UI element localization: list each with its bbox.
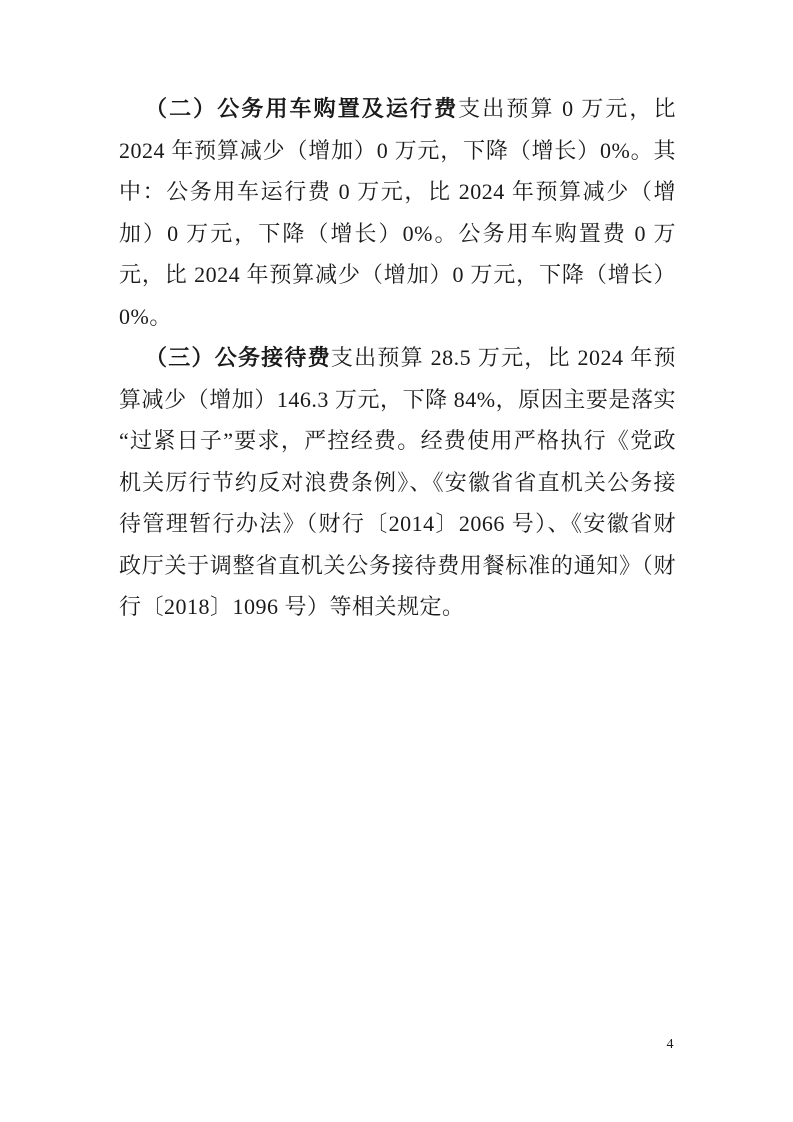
page-number: 4 — [660, 1035, 680, 1055]
paragraph-body: 支出预算 28.5 万元，比 2024 年预算减少（增加）146.3 万元，下降… — [119, 345, 676, 619]
page-content: （二）公务用车购置及运行费支出预算 0 万元，比 2024 年预算减少（增加）0… — [119, 88, 676, 628]
paragraph-body: 支出预算 0 万元，比 2024 年预算减少（增加）0 万元，下降（增长）0%。… — [119, 96, 676, 329]
paragraph-heading: （三）公务接待费 — [145, 345, 331, 370]
paragraph-vehicle-expenses: （二）公务用车购置及运行费支出预算 0 万元，比 2024 年预算减少（增加）0… — [119, 88, 676, 337]
paragraph-heading: （二）公务用车购置及运行费 — [145, 96, 458, 121]
document-page: （二）公务用车购置及运行费支出预算 0 万元，比 2024 年预算减少（增加）0… — [0, 0, 793, 1122]
paragraph-reception-expenses: （三）公务接待费支出预算 28.5 万元，比 2024 年预算减少（增加）146… — [119, 337, 676, 628]
